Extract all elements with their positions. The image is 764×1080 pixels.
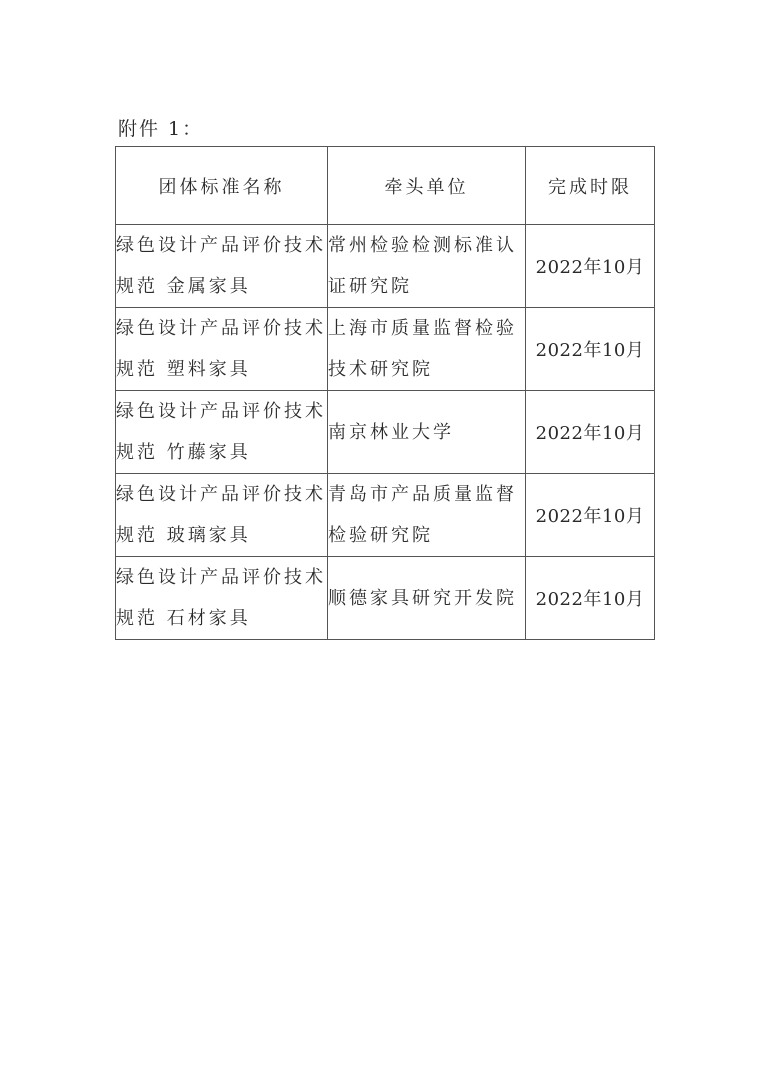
- standard-name: 绿色设计产品评价技术规范 玻璃家具: [116, 474, 328, 557]
- deadline: 2022年10月: [526, 557, 655, 640]
- standard-name: 绿色设计产品评价技术规范 塑料家具: [116, 308, 328, 391]
- lead-unit: 南京林业大学: [328, 391, 526, 474]
- lead-unit: 常州检验检测标准认证研究院: [328, 225, 526, 308]
- lead-unit: 顺德家具研究开发院: [328, 557, 526, 640]
- header-standard-name: 团体标准名称: [116, 147, 328, 225]
- table-row: 绿色设计产品评价技术规范 竹藤家具 南京林业大学 2022年10月: [116, 391, 655, 474]
- deadline: 2022年10月: [526, 308, 655, 391]
- standard-name: 绿色设计产品评价技术规范 金属家具: [116, 225, 328, 308]
- deadline: 2022年10月: [526, 391, 655, 474]
- standards-table: 团体标准名称 牵头单位 完成时限 绿色设计产品评价技术规范 金属家具 常州检验检…: [115, 146, 655, 640]
- table-row: 绿色设计产品评价技术规范 石材家具 顺德家具研究开发院 2022年10月: [116, 557, 655, 640]
- deadline: 2022年10月: [526, 474, 655, 557]
- lead-unit: 上海市质量监督检验技术研究院: [328, 308, 526, 391]
- deadline: 2022年10月: [526, 225, 655, 308]
- standard-name: 绿色设计产品评价技术规范 石材家具: [116, 557, 328, 640]
- standard-name: 绿色设计产品评价技术规范 竹藤家具: [116, 391, 328, 474]
- table-header-row: 团体标准名称 牵头单位 完成时限: [116, 147, 655, 225]
- header-lead-unit: 牵头单位: [328, 147, 526, 225]
- table-row: 绿色设计产品评价技术规范 塑料家具 上海市质量监督检验技术研究院 2022年10…: [116, 308, 655, 391]
- table-row: 绿色设计产品评价技术规范 金属家具 常州检验检测标准认证研究院 2022年10月: [116, 225, 655, 308]
- lead-unit: 青岛市产品质量监督检验研究院: [328, 474, 526, 557]
- table-row: 绿色设计产品评价技术规范 玻璃家具 青岛市产品质量监督检验研究院 2022年10…: [116, 474, 655, 557]
- header-deadline: 完成时限: [526, 147, 655, 225]
- attachment-label: 附件 1：: [118, 114, 203, 141]
